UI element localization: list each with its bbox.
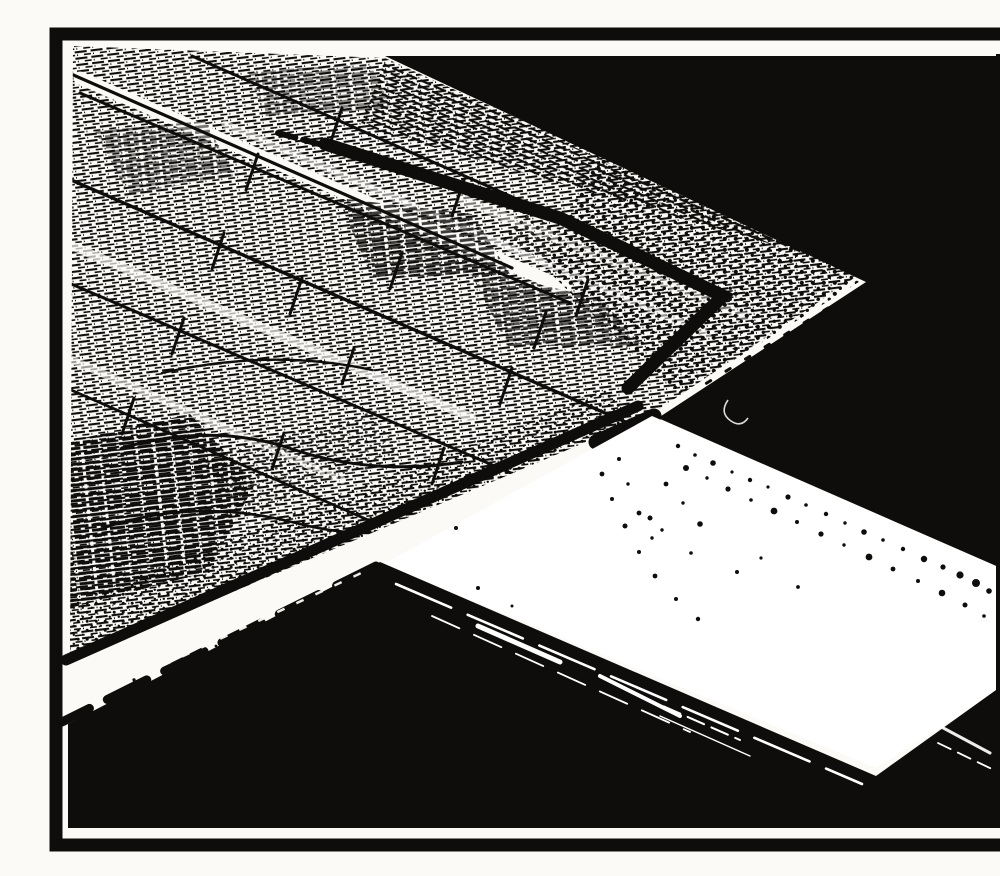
plate-right-edge-band bbox=[996, 54, 1000, 828]
illustration-svg bbox=[40, 16, 1000, 860]
engraving-plate bbox=[40, 16, 1000, 860]
